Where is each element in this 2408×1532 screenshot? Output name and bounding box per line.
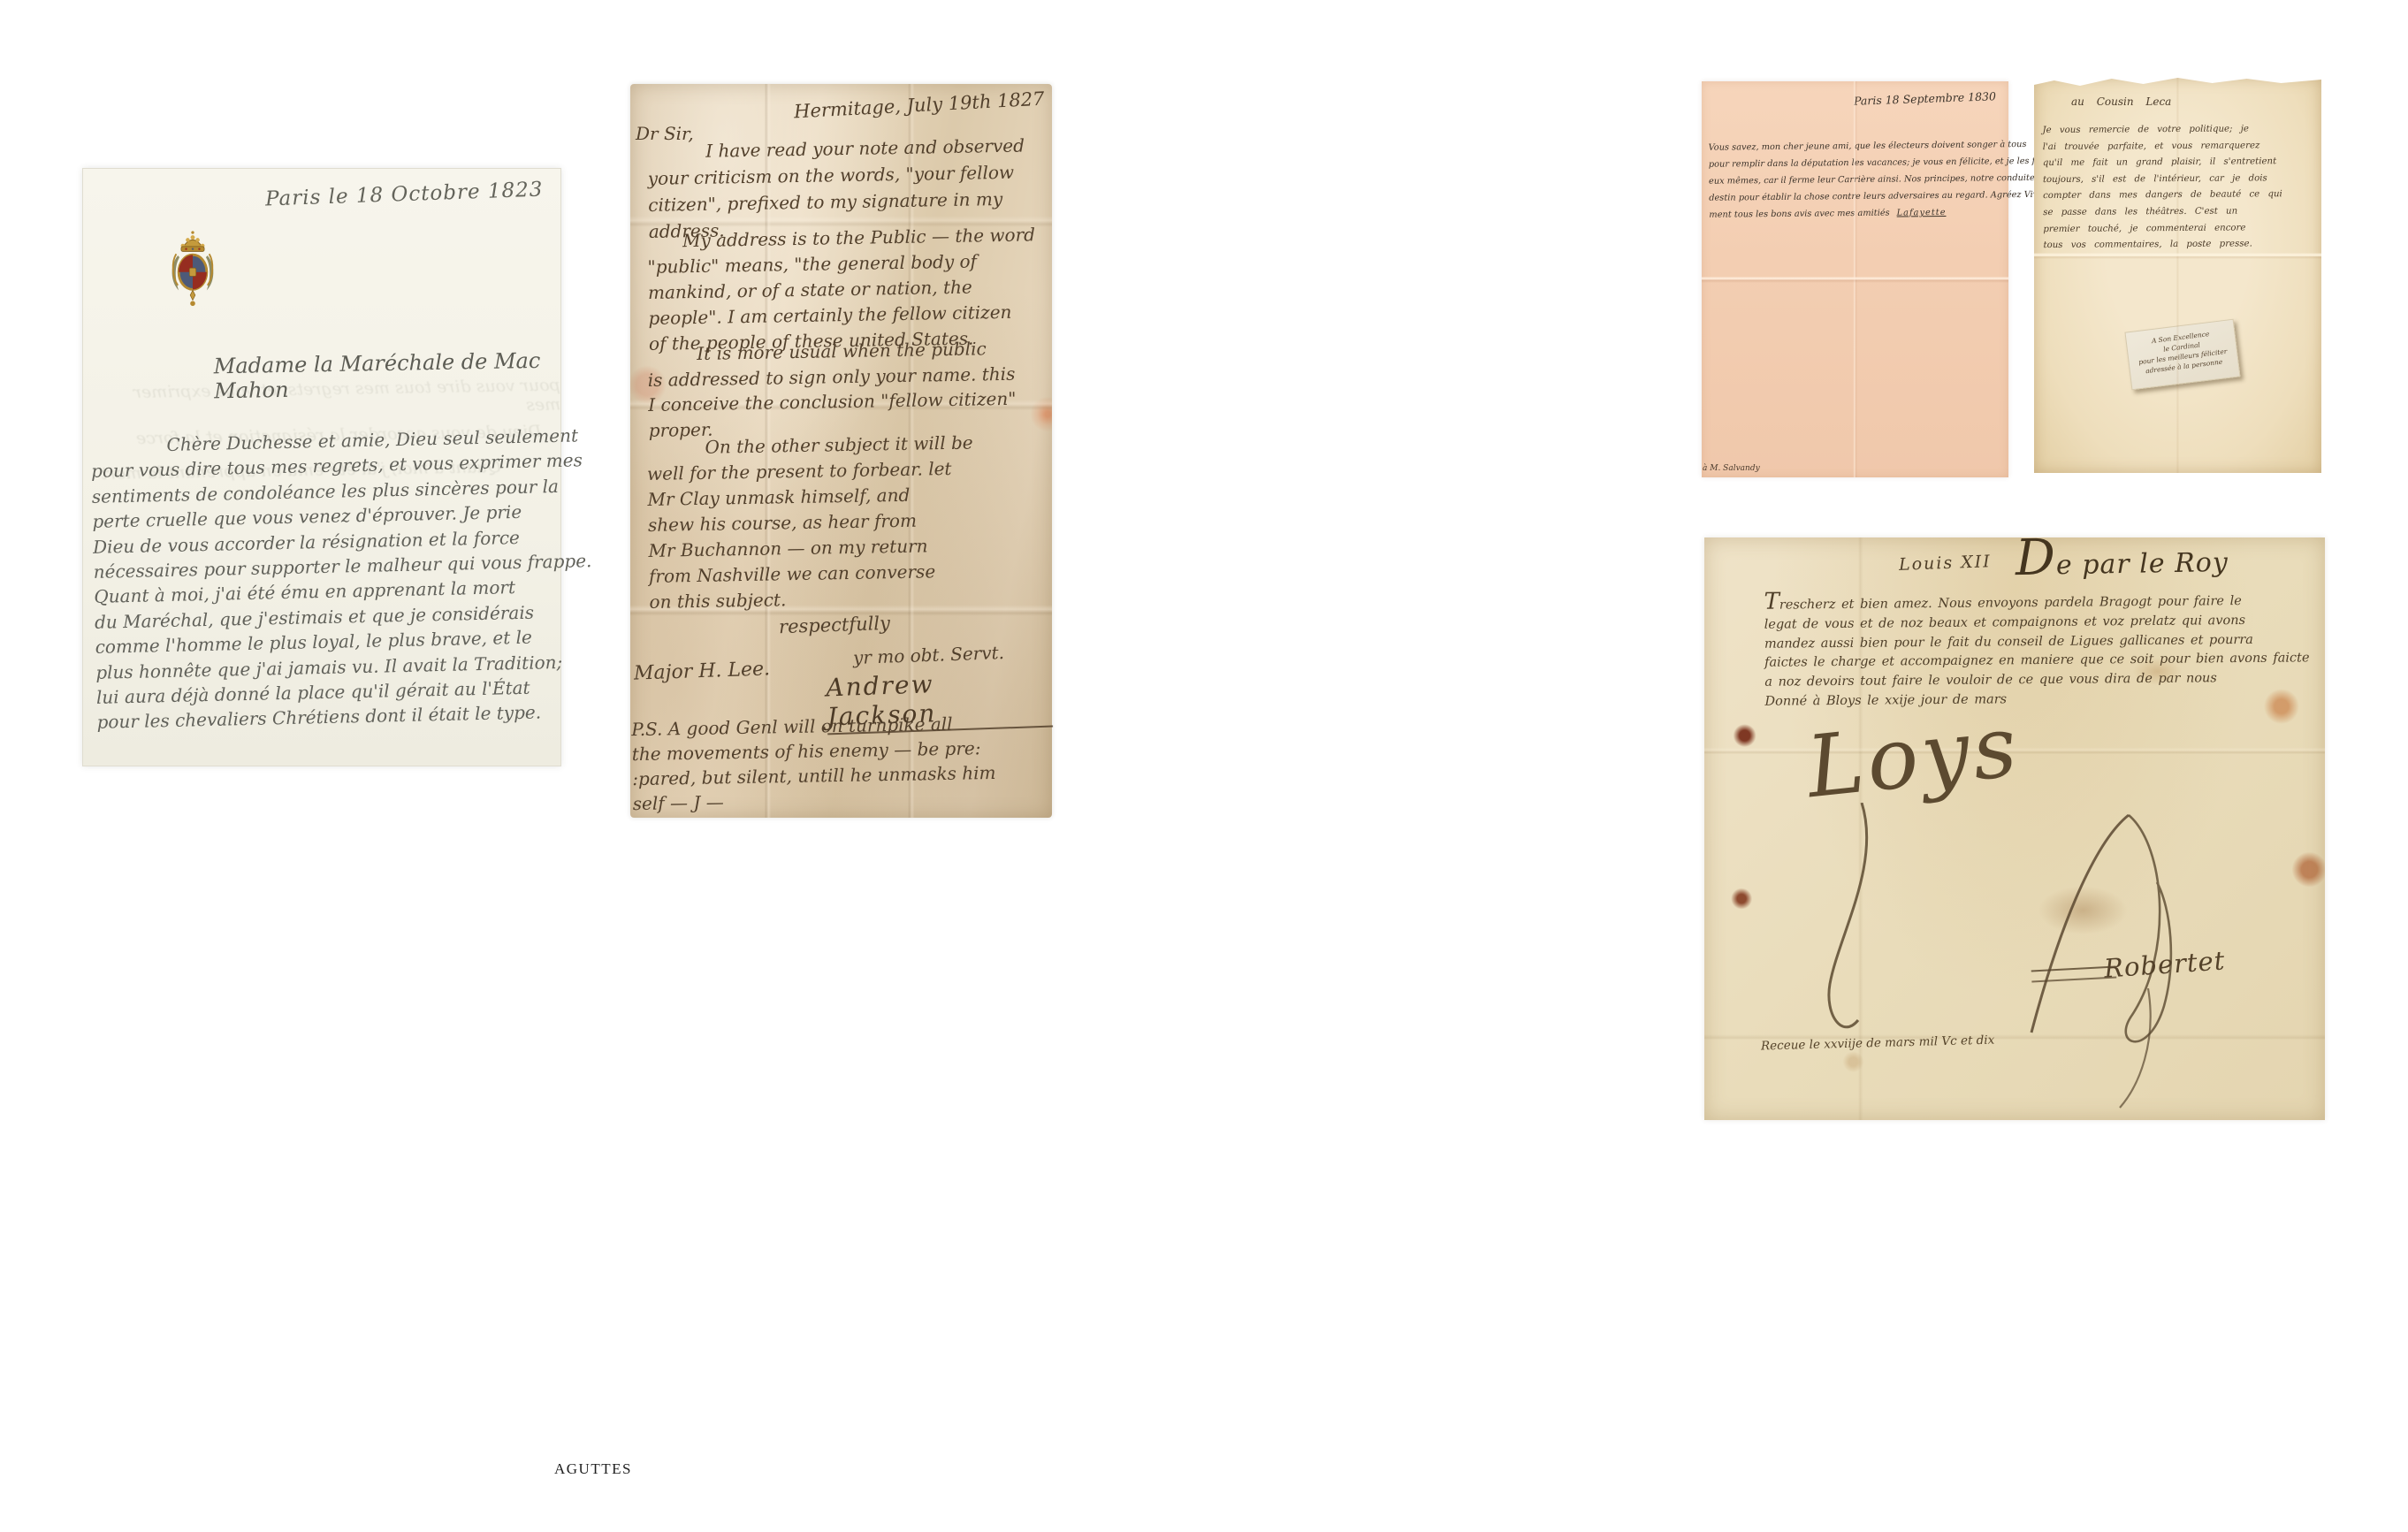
handwriting-line: premier touché, je commenterai encore [2043,219,2315,238]
publisher-logo: AGUTTES [554,1460,632,1478]
jackson-closing: yr mo obt. Servt. [853,642,1005,668]
letter-jackson-scan: Hermitage, July 19th 1827 Dr Sir, I have… [630,84,1052,818]
louis-heading: De par le Roy [2016,537,2229,582]
handwriting-line: Je vous remercie de votre politique; je [2042,121,2314,140]
royal-coat-of-arms-icon [168,229,217,310]
catalog-page: Paris le 18 Octobre 1823 Madame la Maréc… [0,0,2408,1532]
lafayette-docket: à M. Salvandy [1703,464,1760,473]
lafayette-body: Vous savez, mon cher jeune ami, que les … [1709,136,2005,223]
letter-lafayette-scan: Paris 18 Septembre 1830 Vous savez, mon … [1702,81,2008,477]
handwriting-line: tous vos commentaires, la poste presse. [2043,236,2315,255]
jackson-paragraph-4: On the other subject it will be well for… [646,429,1048,615]
ink-showthrough: pour vous dire tous mes regrets, et vous… [110,376,561,423]
handwriting-line: toujours, s'il est de l'intérieur, car j… [2043,171,2315,189]
signature-flourish-icon [1800,803,1915,1050]
jackson-paragraph-3: It is more usual when the public is addr… [647,335,1048,443]
handwriting-line: Donné à Bloys le xxije jour de mars [1764,688,2318,712]
handwriting-line: compter dans mes dangers de beauté ce qu… [2043,187,2315,205]
cousin-body: Je vous remercie de votre politique; je … [2042,121,2315,255]
louis-xii-document-scan: Louis XII De par le Roy Trescherz et bie… [1704,537,2325,1120]
handwriting-line: qu'il me fait un grand plaisir, il s'ent… [2043,154,2315,172]
attached-calling-card: A Son Excellence le Cardinal pour les me… [2124,319,2240,391]
louis-body: Trescherz et bien amez. Nous envoyons pa… [1764,588,2318,712]
jackson-closing: respectfully [779,613,891,637]
louis-signature-loys: Loys [1802,697,2024,818]
lafayette-signature: Lafayette [1890,208,1947,218]
handwriting-line: ment tous les bons avis avec mes amitiés… [1709,203,2004,223]
handwriting-line: l'ai trouvée parfaite, et vous remarquer… [2043,138,2315,156]
handwriting-line: ment tous les bons avis avec mes amitiés [1709,209,1889,220]
cousin-heading: au Cousin Leca [2071,95,2171,108]
letter-cousin-scan: au Cousin Leca Je vous remercie de votre… [2034,78,2321,473]
jackson-addressee: Major H. Lee. [634,658,771,684]
jackson-postscript: P.S. A good Genl will on turnpike all th… [631,710,1050,816]
macmahon-body: Chère Duchesse et amie, Dieu seul seulem… [90,423,555,736]
macmahon-date: Paris le 18 Octobre 1823 [265,179,544,211]
lafayette-date: Paris 18 Septembre 1830 [1854,89,1996,108]
handwriting-line: destin pour établir la chose contre leur… [1709,187,2004,206]
louis-annotation: Louis XII [1899,552,1992,575]
handwriting-line: se passe dans les théâtres. C'est un [2043,203,2315,222]
louis-countersignature: Robertet [2103,945,2226,983]
louis-docket: Receue le xxviije de mars mil Vc et dix [1761,1033,1995,1054]
letter-macmahon-scan: Paris le 18 Octobre 1823 Madame la Maréc… [82,168,561,766]
jackson-date: Hermitage, July 19th 1827 [794,88,1045,123]
